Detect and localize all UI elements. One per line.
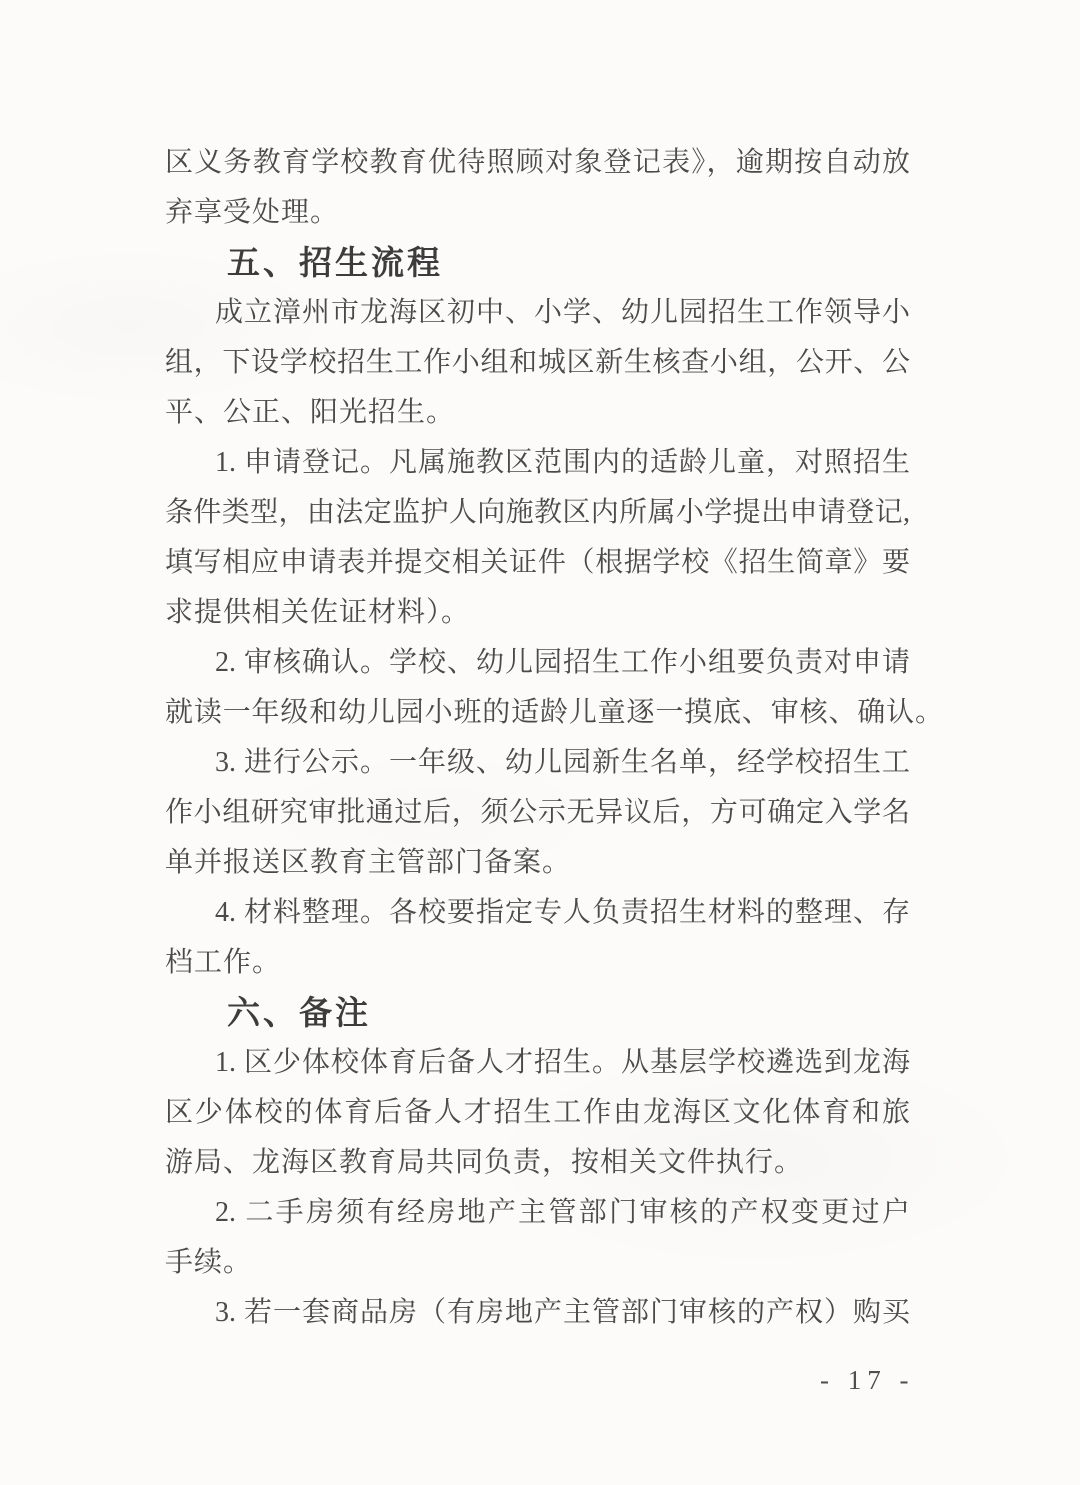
document-text-block: 区义务教育学校教育优待照顾对象登记表》，逾期按自动放 弃享受处理。 五、招生流程… xyxy=(165,138,910,1338)
text-line: 3. 进行公示。一年级、幼儿园新生名单，经学校招生工 xyxy=(165,738,910,788)
section-heading-remarks: 六、备注 xyxy=(165,988,910,1038)
text-line: 区少体校的体育后备人才招生工作由龙海区文化体育和旅 xyxy=(165,1088,910,1138)
text-line: 就读一年级和幼儿园小班的适龄儿童逐一摸底、审核、确认。 xyxy=(165,688,943,738)
text-line: 区义务教育学校教育优待照顾对象登记表》，逾期按自动放 xyxy=(165,138,910,188)
text-line: 手续。 xyxy=(165,1238,910,1288)
text-line: 成立漳州市龙海区初中、小学、幼儿园招生工作领导小 xyxy=(165,288,910,338)
text-line: 单并报送区教育主管部门备案。 xyxy=(165,838,910,888)
text-line: 填写相应申请表并提交相关证件（根据学校《招生简章》要 xyxy=(165,538,910,588)
section-heading-enrollment-process: 五、招生流程 xyxy=(165,238,910,288)
text-line: 游局、龙海区教育局共同负责，按相关文件执行。 xyxy=(165,1138,910,1188)
text-line: 组，下设学校招生工作小组和城区新生核查小组，公开、公 xyxy=(165,338,910,388)
text-line: 3. 若一套商品房（有房地产主管部门审核的产权）购买 xyxy=(165,1288,910,1338)
scanned-document-page: 区义务教育学校教育优待照顾对象登记表》，逾期按自动放 弃享受处理。 五、招生流程… xyxy=(0,0,1080,1485)
text-line: 档工作。 xyxy=(165,938,910,988)
text-line: 求提供相关佐证材料）。 xyxy=(165,588,910,638)
text-line: 2. 二手房须有经房地产主管部门审核的产权变更过户 xyxy=(165,1188,910,1238)
text-line: 条件类型，由法定监护人向施教区内所属小学提出申请登记, xyxy=(165,488,910,538)
text-line: 1. 申请登记。凡属施教区范围内的适龄儿童，对照招生 xyxy=(165,438,910,488)
text-line: 作小组研究审批通过后，须公示无异议后，方可确定入学名 xyxy=(165,788,910,838)
page-number: - 17 - xyxy=(820,1358,940,1402)
text-line: 2. 审核确认。学校、幼儿园招生工作小组要负责对申请 xyxy=(165,638,910,688)
text-line: 1. 区少体校体育后备人才招生。从基层学校遴选到龙海 xyxy=(165,1038,910,1088)
text-line: 弃享受处理。 xyxy=(165,188,910,238)
text-line: 4. 材料整理。各校要指定专人负责招生材料的整理、存 xyxy=(165,888,910,938)
text-line: 平、公正、阳光招生。 xyxy=(165,388,910,438)
